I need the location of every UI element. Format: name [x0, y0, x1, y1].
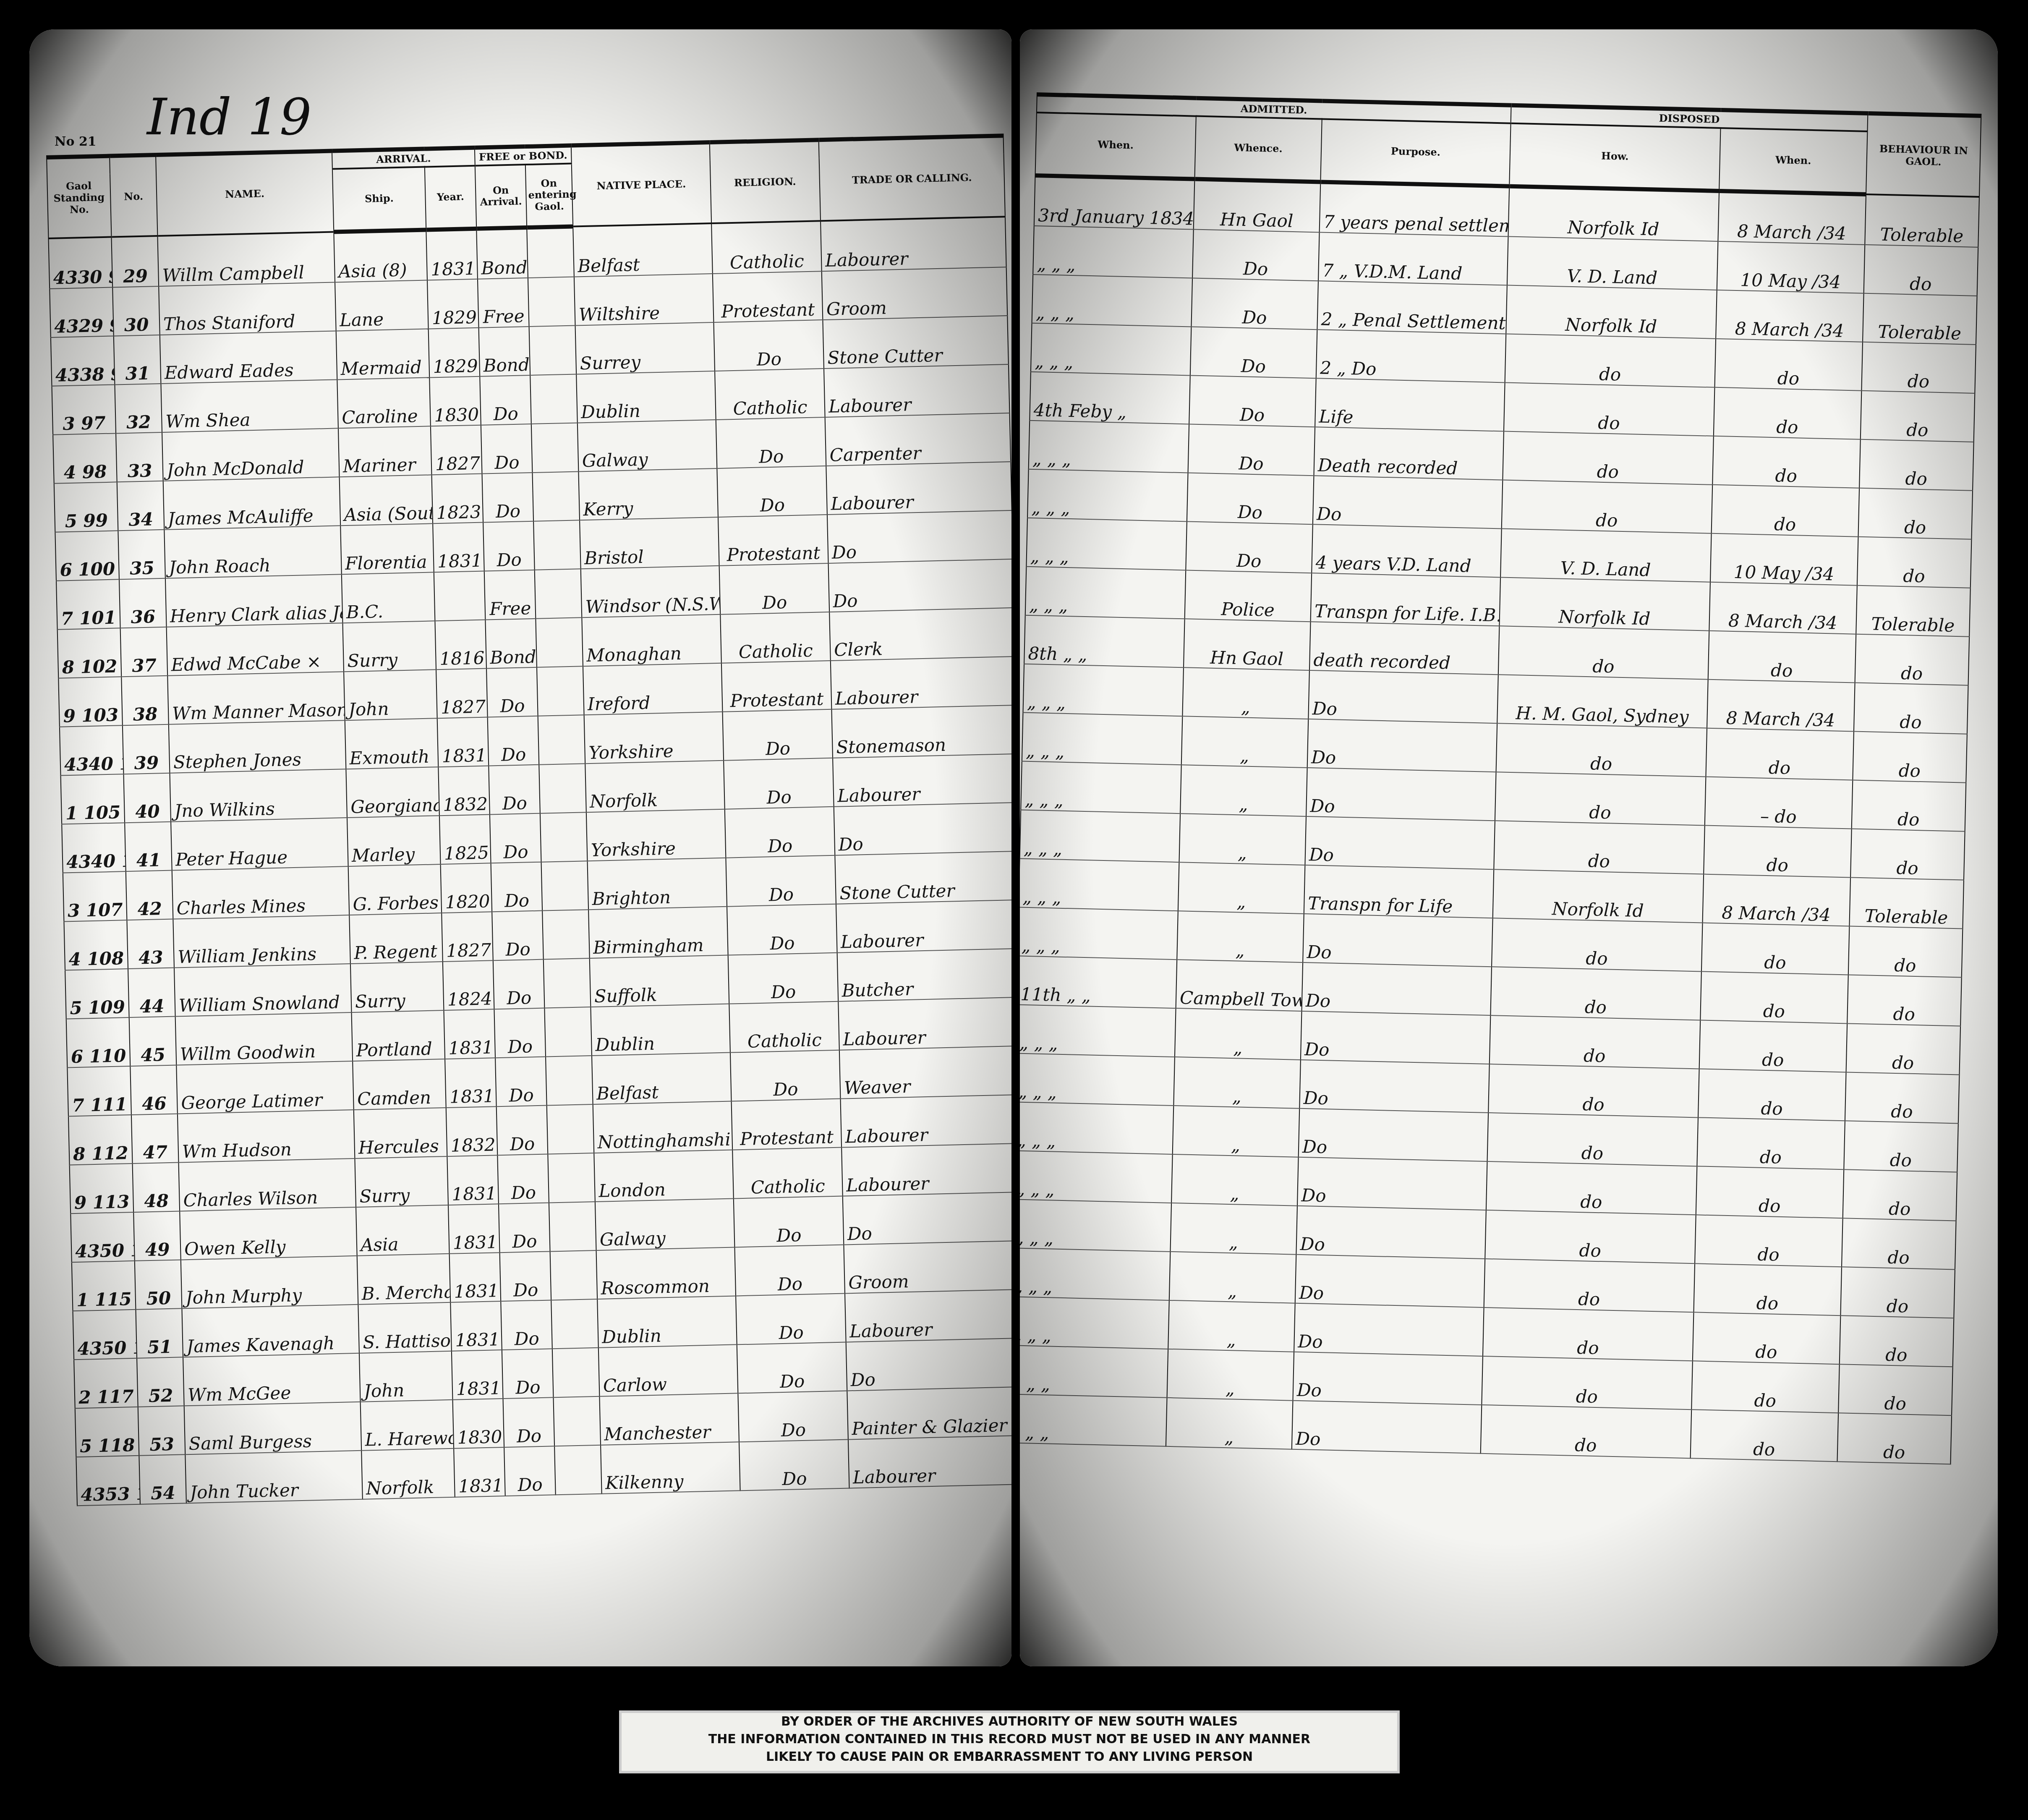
ship-cell: G. Forbes	[348, 864, 442, 915]
right-page: ADMITTED. DISPOSED BEHAVIOUR IN GAOL. Wh…	[1020, 29, 1998, 1666]
behaviour-cell: do	[1846, 1023, 1961, 1075]
religion-cell: Do	[739, 1439, 849, 1491]
header-no: No.	[110, 155, 157, 237]
admitted-when-cell: „ „ „	[1020, 858, 1179, 911]
ship-cell: Asia (Southampton)	[340, 475, 433, 526]
whence-cell: „	[1173, 1057, 1301, 1109]
whence-cell: Do	[1190, 327, 1317, 378]
trade-cell: Stone Cutter	[835, 851, 1011, 904]
entry-number-cell: 53	[138, 1406, 186, 1455]
year-cell: 1831	[447, 1155, 499, 1205]
religion-cell: Do	[723, 709, 833, 760]
on-arrival-cell: Free	[478, 278, 529, 328]
purpose-cell: Do	[1305, 816, 1495, 869]
on-arrival-cell: Do	[480, 375, 531, 425]
name-cell: Stephen Jones	[169, 720, 346, 773]
ship-cell: Surry	[350, 962, 444, 1012]
disposed-how-cell: Norfolk Id	[1508, 186, 1720, 241]
on-arrival-cell: Do	[486, 667, 538, 717]
religion-cell: Do	[737, 1342, 847, 1393]
year-cell: 1830	[453, 1399, 504, 1449]
trade-cell: Butcher	[837, 948, 1011, 1001]
on-entering-gaol-cell	[528, 277, 575, 326]
on-entering-gaol-cell	[553, 1396, 601, 1446]
trade-cell: Labourer	[841, 1094, 1011, 1147]
trade-cell: Labourer	[821, 217, 1006, 271]
form-number: No 21	[55, 134, 97, 149]
on-arrival-cell: Bond	[485, 618, 537, 668]
gaol-number-cell: 9 103	[58, 677, 123, 727]
entry-number-cell: 47	[131, 1114, 179, 1163]
whence-cell: Do	[1192, 229, 1320, 281]
purpose-cell: 7 years penal settlement	[1320, 182, 1510, 236]
entry-number-cell: 33	[116, 432, 163, 482]
admitted-when-cell: „ „ „	[1020, 1102, 1173, 1154]
gaol-number-cell: 9 113	[70, 1164, 134, 1213]
year-cell: 1816	[435, 620, 486, 669]
purpose-cell: Transpn for Life	[1304, 865, 1494, 918]
disposed-how-cell: do	[1490, 1015, 1701, 1069]
purpose-cell: 4 years V.D. Land	[1312, 524, 1502, 577]
admitted-when-cell: „ „ „	[1020, 1394, 1167, 1446]
header-when-disposed: When.	[1719, 128, 1867, 194]
gaol-number-cell: 5 99	[54, 482, 118, 532]
ship-cell: Lane	[335, 280, 429, 331]
trade-cell: Painter & Glazier	[847, 1386, 1011, 1439]
behaviour-cell: do	[1864, 244, 1978, 295]
disposed-how-cell: V. D. Land	[1500, 528, 1712, 582]
trade-cell: Do	[843, 1192, 1011, 1245]
entry-number-cell: 38	[121, 675, 169, 725]
purpose-cell: Do	[1296, 1205, 1486, 1258]
gaol-number-cell: 6 100	[55, 531, 119, 581]
trade-cell: Labourer	[833, 753, 1011, 806]
gaol-number-cell: 4 98	[53, 433, 117, 483]
gaol-number-cell: 7 111	[67, 1066, 131, 1116]
admitted-when-cell: „ „ „	[1020, 1004, 1176, 1057]
gaol-number-cell: 5 118	[75, 1407, 139, 1457]
trade-cell: Do	[828, 559, 1011, 612]
disposed-how-cell: do	[1502, 480, 1713, 533]
gaol-number-cell: 7 101	[56, 579, 120, 629]
trade-cell: Stone Cutter	[823, 316, 1009, 369]
native-place-cell: Belfast	[592, 1052, 732, 1104]
religion-cell: Do	[713, 320, 824, 371]
disposed-when-cell: do	[1708, 630, 1856, 682]
disposed-when-cell: 8 March /34	[1703, 874, 1851, 926]
on-arrival-cell: Do	[501, 1300, 552, 1350]
religion-cell: Do	[734, 1196, 844, 1247]
religion-cell: Do	[734, 1245, 845, 1296]
trade-cell: Labourer	[842, 1143, 1011, 1196]
religion-cell: Do	[717, 466, 827, 517]
disposed-how-cell: do	[1488, 1064, 1699, 1117]
behaviour-cell: do	[1838, 1364, 1953, 1415]
on-arrival-cell: Do	[493, 959, 545, 1009]
whence-cell: „	[1167, 1349, 1294, 1400]
on-entering-gaol-cell	[531, 423, 579, 472]
entry-number-cell: 45	[129, 1016, 177, 1066]
name-cell: Willm Goodwin	[175, 1012, 353, 1065]
name-cell: Wm Hudson	[178, 1110, 355, 1162]
on-entering-gaol-cell	[547, 1104, 594, 1154]
religion-cell: Do	[724, 758, 834, 809]
native-place-cell: Wiltshire	[574, 274, 714, 325]
purpose-cell: Do	[1306, 768, 1496, 821]
register-table-left: Gaol Standing No. No. NAME. ARRIVAL. FRE…	[46, 133, 1011, 1506]
on-entering-gaol-cell	[530, 374, 578, 424]
header-year: Year.	[425, 165, 476, 230]
behaviour-cell: do	[1850, 829, 1965, 880]
gaol-number-cell: 2 117	[74, 1358, 138, 1408]
disposed-when-cell: do	[1691, 1361, 1840, 1413]
admitted-when-cell: 4th Feby „	[1030, 371, 1190, 424]
behaviour-cell: do	[1847, 975, 1962, 1026]
year-cell: 1820	[441, 863, 492, 913]
whence-cell: Do	[1186, 521, 1313, 573]
year-cell: 1831	[437, 717, 489, 767]
religion-cell: Do	[730, 1050, 841, 1101]
on-entering-gaol-cell	[537, 666, 584, 716]
native-place-cell: Dublin	[576, 371, 716, 423]
disposed-how-cell: V. D. Land	[1507, 236, 1718, 290]
admitted-when-cell: „ „ „	[1020, 907, 1178, 960]
religion-cell: Do	[725, 806, 835, 858]
trade-cell: Groom	[844, 1240, 1011, 1293]
on-entering-gaol-cell	[546, 1056, 593, 1105]
behaviour-cell: do	[1861, 390, 1975, 442]
on-arrival-cell: Do	[483, 521, 535, 571]
entry-number-cell: 46	[130, 1065, 178, 1114]
header-name: NAME.	[156, 151, 334, 236]
header-purpose: Purpose.	[1320, 119, 1511, 186]
year-cell: 1830	[429, 376, 481, 426]
gaol-number-cell: 4329 95	[50, 287, 114, 337]
ship-cell: B.C.	[342, 572, 435, 623]
disposed-how-cell: do	[1484, 1259, 1695, 1312]
admitted-when-cell: „ „ „	[1020, 1199, 1171, 1252]
ship-cell: Marley	[347, 816, 441, 866]
on-arrival-cell: Do	[494, 1008, 546, 1058]
purpose-cell: Death recorded	[1314, 427, 1504, 480]
year-cell: 1829	[429, 327, 480, 377]
behaviour-cell: Tolerable	[1865, 194, 1979, 247]
native-place-cell: Ireford	[583, 663, 723, 714]
header-religion: RELIGION.	[710, 140, 821, 223]
whence-cell: Campbell Town	[1176, 960, 1303, 1011]
behaviour-cell: do	[1857, 536, 1972, 588]
name-cell: Edward Eades	[160, 331, 337, 383]
disposed-how-cell: do	[1505, 334, 1716, 387]
disposed-how-cell: do	[1483, 1307, 1694, 1361]
notice-line-3: LIKELY TO CAUSE PAIN OR EMBARRASSMENT TO…	[622, 1748, 1397, 1766]
disposed-when-cell: do	[1697, 1117, 1845, 1169]
header-gaol-no: Gaol Standing No.	[47, 156, 111, 238]
whence-cell: „	[1166, 1397, 1293, 1449]
ship-cell: P. Regent	[349, 913, 443, 964]
header-ship: Ship.	[332, 167, 426, 232]
entry-number-cell: 54	[139, 1454, 186, 1504]
gaol-number-cell: 8 112	[68, 1115, 133, 1165]
disposed-how-cell: H. M. Gaol, Sydney	[1497, 675, 1708, 728]
behaviour-cell: do	[1859, 439, 1974, 490]
entry-number-cell: 48	[133, 1162, 180, 1212]
header-behaviour: BEHAVIOUR IN GAOL.	[1866, 113, 1981, 197]
disposed-how-cell: do	[1503, 431, 1714, 484]
behaviour-cell: do	[1842, 1218, 1956, 1269]
notice-line-1: BY ORDER OF THE ARCHIVES AUTHORITY OF NE…	[622, 1713, 1397, 1731]
on-entering-gaol-cell	[542, 910, 590, 959]
religion-cell: Catholic	[729, 1001, 839, 1052]
disposed-when-cell: do	[1714, 338, 1863, 390]
disposed-when-cell: do	[1693, 1312, 1841, 1364]
admitted-when-cell: „ „ „	[1029, 420, 1189, 473]
archive-restriction-notice: BY ORDER OF THE ARCHIVES AUTHORITY OF NE…	[619, 1710, 1400, 1773]
whence-cell: „	[1168, 1300, 1295, 1352]
whence-cell: Hn Gaol	[1184, 619, 1311, 670]
disposed-when-cell: do	[1700, 971, 1848, 1023]
ship-cell: L. Harewood	[361, 1399, 454, 1450]
year-cell: 1827	[431, 425, 482, 475]
whence-cell: Do	[1187, 473, 1314, 524]
on-entering-gaol-cell	[533, 520, 581, 570]
behaviour-cell: Tolerable	[1856, 585, 1971, 636]
on-entering-gaol-cell	[549, 1202, 596, 1251]
year-cell: 1831	[452, 1350, 503, 1400]
purpose-cell: Do	[1295, 1254, 1485, 1307]
notice-line-2: THE INFORMATION CONTAINED IN THIS RECORD…	[622, 1731, 1397, 1748]
ship-cell: Asia	[356, 1205, 450, 1256]
purpose-cell: Life	[1315, 378, 1505, 431]
on-arrival-cell: Do	[481, 424, 533, 474]
trade-cell: Labourer	[831, 656, 1011, 709]
name-cell: James Kavenagh	[182, 1304, 359, 1357]
year-cell: 1832	[446, 1106, 498, 1156]
whence-cell: „	[1178, 862, 1305, 914]
religion-cell: Do	[728, 952, 839, 1004]
header-native-place: NATIVE PLACE.	[571, 142, 711, 226]
name-cell: Edwd McCabe ×	[167, 623, 344, 675]
name-cell: Jno Wilkins	[170, 769, 347, 821]
disposed-when-cell: do	[1696, 1166, 1844, 1218]
trade-cell: Labourer	[838, 997, 1011, 1050]
gaol-number-cell: 4340 104	[60, 725, 124, 775]
on-arrival-cell: Do	[492, 910, 544, 960]
on-arrival-cell: Do	[497, 1154, 549, 1204]
purpose-cell: Do	[1299, 1059, 1490, 1112]
disposed-how-cell: do	[1495, 772, 1706, 825]
native-place-cell: Monaghan	[582, 614, 721, 666]
native-place-cell: Birmingham	[588, 906, 728, 958]
religion-cell: Do	[716, 417, 826, 468]
ship-cell: Portland	[352, 1010, 445, 1061]
on-arrival-cell: Do	[489, 764, 540, 814]
on-arrival-cell: Free	[484, 570, 536, 620]
disposed-when-cell: do	[1699, 1020, 1848, 1072]
disposed-when-cell: 8 March /34	[1716, 290, 1864, 342]
trade-cell: Carpenter	[825, 413, 1011, 466]
on-entering-gaol-cell	[540, 812, 588, 862]
whence-cell: „	[1177, 911, 1304, 962]
purpose-cell: Do	[1292, 1400, 1482, 1453]
purpose-cell: Do	[1301, 1011, 1491, 1064]
behaviour-cell: Tolerable	[1863, 293, 1977, 344]
on-entering-gaol-cell	[550, 1250, 598, 1300]
ship-cell: Surry	[342, 621, 436, 672]
entry-number-cell: 35	[118, 529, 165, 579]
gaol-number-cell: 1 105	[61, 774, 125, 824]
trade-cell: Labourer	[824, 364, 1010, 417]
gaol-number-cell: 1 115	[72, 1260, 136, 1310]
religion-cell: Catholic	[715, 369, 825, 420]
disposed-when-cell: do	[1712, 484, 1860, 536]
entry-number-cell: 52	[137, 1357, 184, 1407]
entry-number-cell: 30	[112, 286, 160, 336]
native-place-cell: London	[594, 1150, 734, 1201]
name-cell: John Roach	[164, 526, 342, 578]
on-entering-gaol-cell	[552, 1347, 600, 1397]
native-place-cell: Galway	[578, 420, 717, 471]
ship-cell: Asia (8)	[334, 230, 427, 282]
ship-cell: Mariner	[338, 426, 432, 477]
native-place-cell: Dublin	[597, 1296, 737, 1347]
behaviour-cell: do	[1855, 634, 1970, 685]
native-place-cell: Kilkenny	[601, 1442, 740, 1493]
on-arrival-cell: Do	[495, 1056, 547, 1106]
disposed-how-cell: do	[1481, 1404, 1692, 1458]
register-table-right: ADMITTED. DISPOSED BEHAVIOUR IN GAOL. Wh…	[1020, 92, 1981, 1464]
purpose-cell: Do	[1302, 962, 1492, 1015]
name-cell: John Murphy	[181, 1255, 358, 1308]
whence-cell: Do	[1189, 375, 1316, 427]
purpose-cell: Do	[1294, 1303, 1484, 1356]
admitted-when-cell: „ „ „	[1027, 469, 1188, 521]
admitted-when-cell: „ „ „	[1020, 1297, 1169, 1349]
behaviour-cell: Tolerable	[1849, 877, 1964, 928]
ship-cell: Hercules	[354, 1108, 447, 1158]
entry-number-cell: 40	[123, 773, 171, 822]
admitted-when-cell: „ „ „	[1021, 761, 1181, 813]
behaviour-cell: do	[1843, 1169, 1957, 1221]
admitted-when-cell: „ „ „	[1020, 1345, 1168, 1398]
name-cell: John McDonald	[162, 428, 340, 481]
ship-cell: Exmouth	[345, 718, 439, 769]
entry-number-cell: 41	[125, 821, 172, 871]
name-cell: Saml Burgess	[184, 1402, 362, 1454]
disposed-when-cell: do	[1714, 387, 1862, 439]
gaol-number-cell: 4 108	[64, 920, 128, 970]
religion-cell: Protestant	[721, 661, 832, 712]
behaviour-cell: do	[1853, 731, 1967, 782]
year-cell: 1831	[445, 1058, 497, 1108]
gaol-number-cell: 4353 119	[76, 1455, 140, 1505]
on-entering-gaol-cell	[532, 471, 580, 521]
disposed-when-cell: do	[1704, 825, 1852, 877]
disposed-when-cell: 8 March /34	[1707, 679, 1855, 731]
disposed-how-cell: do	[1504, 382, 1715, 436]
purpose-cell: Do	[1293, 1352, 1483, 1404]
on-arrival-cell: Do	[497, 1105, 548, 1155]
admitted-when-cell: „ „ „	[1026, 518, 1187, 570]
on-arrival-cell: Do	[504, 1446, 556, 1496]
on-entering-gaol-cell	[536, 617, 583, 667]
disposed-when-cell: 10 May /34	[1717, 241, 1865, 293]
gaol-number-cell: 3 97	[52, 384, 116, 434]
behaviour-cell: do	[1854, 682, 1968, 734]
on-arrival-cell: Bond	[476, 227, 528, 279]
admitted-when-cell: 3rd January 1834	[1034, 175, 1195, 230]
purpose-cell: death recorded	[1309, 622, 1500, 675]
ship-cell: S. Hattison	[358, 1302, 452, 1353]
gaol-number-cell: 4340 106	[62, 823, 126, 873]
name-cell: Wm McGee	[183, 1353, 361, 1405]
native-place-cell: Windsor (N.S.W.)	[581, 565, 721, 617]
disposed-when-cell: 10 May /34	[1710, 533, 1858, 585]
year-cell: 1829	[427, 279, 479, 329]
purpose-cell: Do	[1297, 1157, 1487, 1210]
year-cell: 1831	[454, 1447, 505, 1497]
religion-cell: Protestant	[713, 271, 823, 322]
purpose-cell: 2 „ Penal Settlement	[1317, 281, 1507, 334]
native-place-cell: Bristol	[580, 517, 719, 568]
disposed-when-cell: do	[1701, 923, 1850, 975]
behaviour-cell: do	[1861, 342, 1976, 393]
name-cell: Wm Manner Mason	[167, 672, 345, 724]
whence-cell: „	[1179, 813, 1306, 865]
year-cell: 1831	[426, 228, 478, 280]
disposed-when-cell: do	[1695, 1215, 1843, 1267]
gaol-number-cell: 4350 116	[73, 1309, 137, 1359]
year-cell: 1831	[450, 1253, 501, 1302]
disposed-when-cell: do	[1712, 436, 1861, 488]
year-cell: 1824	[443, 960, 494, 1010]
name-cell: William Jenkins	[173, 915, 350, 968]
native-place-cell: Manchester	[599, 1393, 739, 1445]
trade-cell: Labourer	[826, 462, 1011, 515]
entry-number-cell: 49	[133, 1211, 181, 1260]
native-place-cell: Kerry	[578, 468, 718, 520]
admitted-when-cell: „ „ „	[1020, 1248, 1170, 1300]
name-cell: William Snowland	[174, 964, 352, 1016]
on-entering-gaol-cell	[529, 325, 577, 375]
disposed-when-cell: 8 March /34	[1718, 191, 1866, 245]
religion-cell: Do	[719, 563, 830, 615]
purpose-cell: Do	[1303, 914, 1493, 967]
native-place-cell: Nottinghamshire	[593, 1101, 733, 1153]
disposed-how-cell: Norfolk Id	[1499, 577, 1710, 630]
behaviour-cell: do	[1845, 1072, 1960, 1123]
trade-cell: Do	[834, 802, 1011, 855]
left-page: Ind 19 No 21 Gaol Standing No. No. NAME.…	[29, 29, 1011, 1666]
purpose-cell: Do	[1307, 719, 1497, 772]
religion-cell: Catholic	[711, 221, 822, 274]
native-place-cell: Carlow	[598, 1344, 738, 1396]
ship-cell: Caroline	[337, 377, 431, 428]
name-cell: James McAuliffe	[163, 477, 341, 529]
ship-cell: Norfolk	[361, 1448, 455, 1499]
ship-cell: John	[344, 669, 437, 720]
entry-number-cell: 51	[136, 1308, 183, 1358]
trade-cell: Weaver	[839, 1046, 1011, 1098]
trade-cell: Clerk	[829, 608, 1011, 661]
year-cell: 1831	[444, 1009, 495, 1059]
name-cell: George Latimer	[176, 1061, 354, 1114]
whence-cell: „	[1169, 1252, 1296, 1303]
trade-cell: Stonemason	[831, 705, 1011, 758]
gaol-number-cell: 4330 94	[48, 237, 112, 288]
native-place-cell: Brighton	[587, 858, 727, 909]
behaviour-cell: do	[1844, 1121, 1958, 1172]
